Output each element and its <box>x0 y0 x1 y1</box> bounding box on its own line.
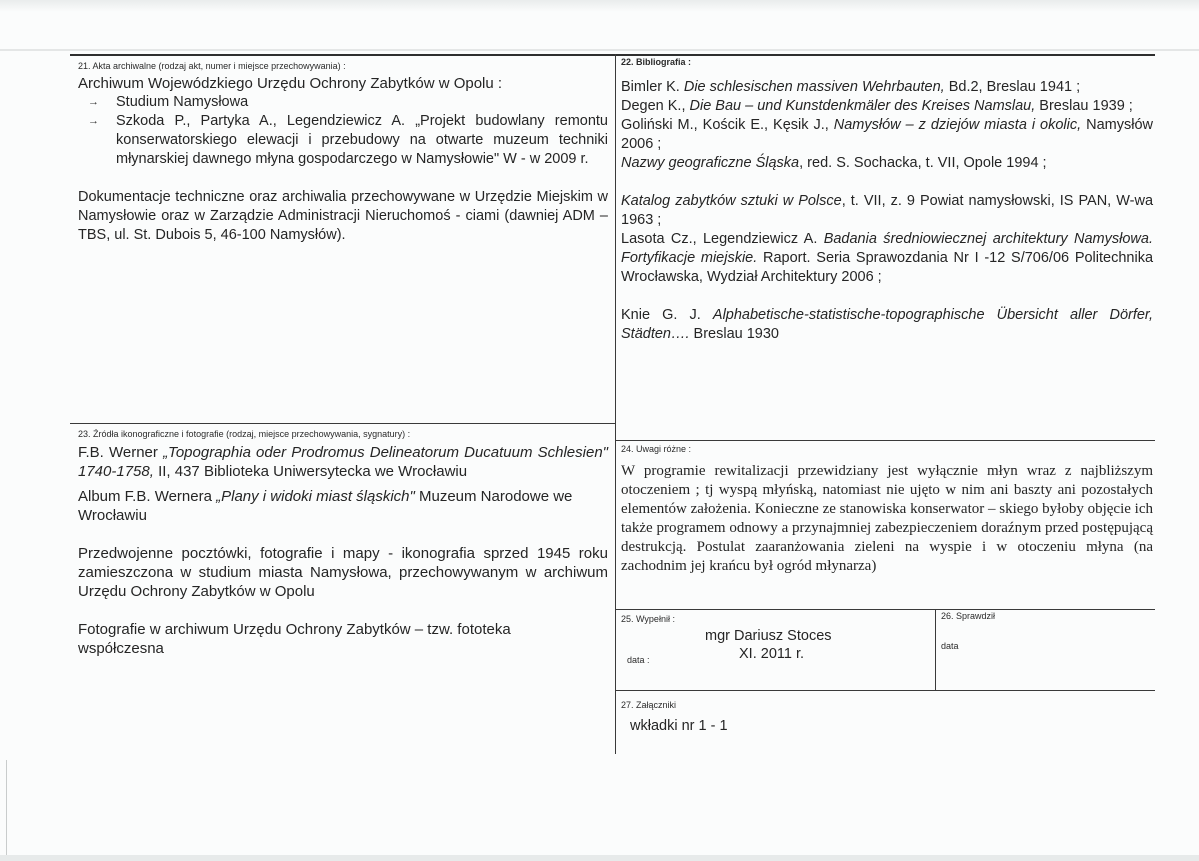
section-26-date-label: data <box>941 641 959 651</box>
filled-date: XI. 2011 r. <box>739 645 804 664</box>
column-divider <box>615 54 616 754</box>
bibliography-entry: Goliński M., Kościk E., Kęsik J., Namysł… <box>621 116 1153 154</box>
archive-item: → Szkoda P., Partyka A., Legendziewicz A… <box>78 112 608 169</box>
section-24-label: 24. Uwagi różne : <box>621 444 691 454</box>
filled-by-name: mgr Dariusz Stoces <box>705 627 832 646</box>
section-26-label: 26. Sprawdził <box>941 611 995 621</box>
bibliography-entry: Degen K., Die Bau – und Kunstdenkmäler d… <box>621 97 1153 116</box>
archive-heading: Archiwum Wojewódzkiego Urzędu Ochrony Za… <box>78 74 608 93</box>
bibliography-entry: Nazwy geograficzne Śląska, red. S. Socha… <box>621 154 1153 173</box>
section-23-content: F.B. Werner „Topographia oder Prodromus … <box>78 443 608 658</box>
arrow-icon: → <box>88 93 99 112</box>
divider-22-24 <box>615 440 1155 441</box>
archive-paragraph: Dokumentacje techniczne oraz archiwalia … <box>78 188 608 245</box>
top-border <box>70 54 1155 56</box>
section-22-content: Bimler K. Die schlesischen massiven Wehr… <box>621 78 1153 344</box>
section-22-label: 22. Bibliografia : <box>621 57 691 67</box>
attachments-value: wkładki nr 1 - 1 <box>630 717 728 736</box>
arrow-icon: → <box>88 112 99 131</box>
bibliography-entry: Knie G. J. Alphabetische-statistische-to… <box>621 306 1153 344</box>
bibliography-entry: Bimler K. Die schlesischen massiven Wehr… <box>621 78 1153 97</box>
divider-21-23 <box>70 423 615 424</box>
scan-edge-bottom <box>0 855 1199 861</box>
section-24-content: W programie rewitalizacji przewidziany j… <box>621 462 1153 576</box>
scan-edge-left <box>6 760 7 860</box>
section-21-label: 21. Akta archiwalne (rodzaj akt, numer i… <box>78 61 346 71</box>
section-27-label: 27. Załączniki <box>621 700 676 710</box>
archive-item: → Studium Namysłowa <box>78 93 608 112</box>
bibliography-entry: Katalog zabytków sztuki w Polsce, t. VII… <box>621 192 1153 230</box>
iconography-entry: F.B. Werner „Topographia oder Prodromus … <box>78 443 608 481</box>
divider-25-26 <box>935 609 936 690</box>
divider-24-25 <box>615 609 1155 610</box>
iconography-entry: Przedwojenne pocztówki, fotografie i map… <box>78 544 608 601</box>
divider-25-27 <box>615 690 1155 691</box>
section-25-date-label: data : <box>627 655 650 665</box>
section-21-content: Archiwum Wojewódzkiego Urzędu Ochrony Za… <box>78 74 608 245</box>
section-25-label: 25. Wypełnił : <box>621 614 675 624</box>
scan-edge-top <box>0 0 1199 12</box>
section-23-label: 23. Źródła ikonograficzne i fotografie (… <box>78 429 410 439</box>
scan-shadow <box>0 49 1199 51</box>
bibliography-entry: Lasota Cz., Legendziewicz A. Badania śre… <box>621 230 1153 287</box>
iconography-entry: Fotografie w archiwum Urzędu Ochrony Zab… <box>78 620 608 658</box>
iconography-entry: Album F.B. Wernera „Plany i widoki miast… <box>78 487 608 525</box>
